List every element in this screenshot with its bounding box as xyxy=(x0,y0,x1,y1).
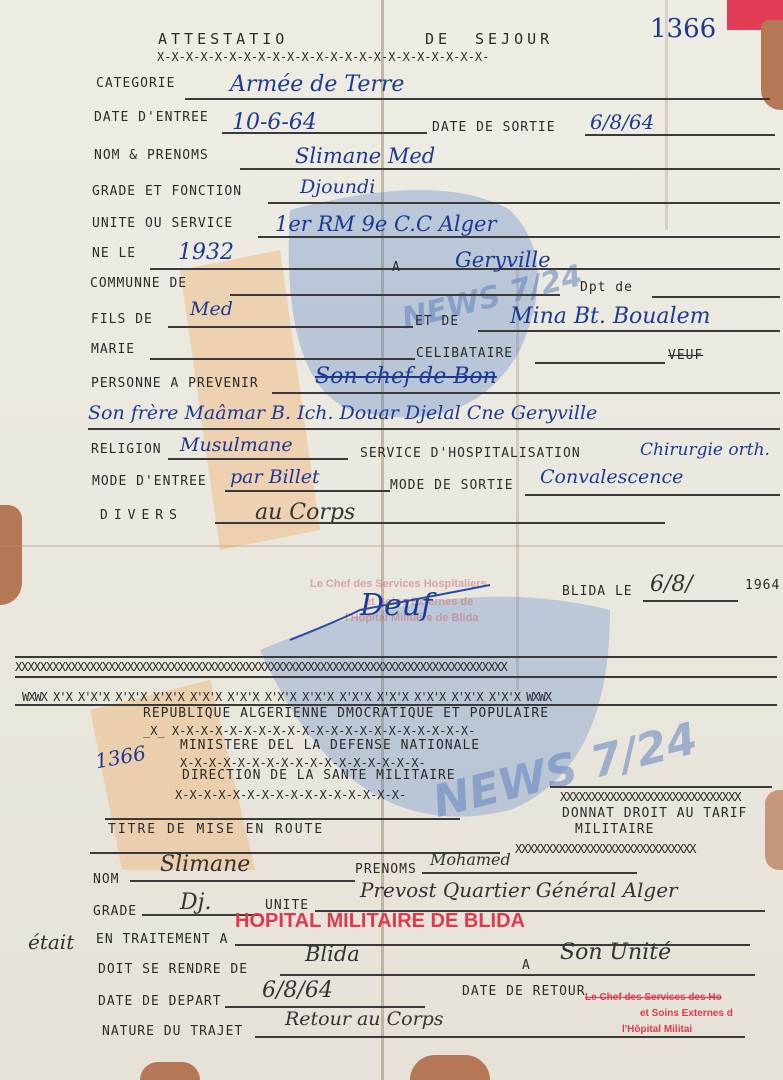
label-marie: MARIE xyxy=(91,342,135,357)
value-from: Blida xyxy=(305,942,360,966)
line-grade-fonction xyxy=(268,202,780,204)
line-nature-trajet xyxy=(255,1036,745,1038)
value-service-hosp: Chirurgie orth. xyxy=(640,440,770,460)
value-unite: Prevost Quartier Général Alger xyxy=(360,878,678,902)
label-ne-a: A xyxy=(392,260,401,275)
value-nom: Slimane xyxy=(160,852,250,877)
xx-border-2: WXWX X'X X'X'X X'X'X X'X'X X'X'X X'X'X X… xyxy=(22,690,777,704)
value-nature-trajet: Retour au Corps xyxy=(285,1008,444,1030)
value-mode-entree: par Billet xyxy=(230,466,320,488)
label-date-entree: DATE D'ENTREE xyxy=(94,110,209,125)
value-ne-le: 1932 xyxy=(178,240,234,265)
label-nom-prenoms: NOM & PRENOMS xyxy=(94,148,209,163)
line-celibataire xyxy=(535,362,665,364)
line-unite-service xyxy=(258,236,780,238)
republique-separator: _X_ X-X-X-X-X-X-X-X-X-X-X-X-X-X-X-X-X-X-… xyxy=(143,724,475,738)
line-religion xyxy=(168,458,348,460)
value-categorie: Armée de Terre xyxy=(230,72,404,97)
label-dpt: Dpt de xyxy=(580,280,633,295)
value-date-sortie: 6/8/64 xyxy=(590,110,654,134)
value-unite-service: 1er RM 9e C.C Alger xyxy=(275,212,496,236)
label-nature-trajet: NATURE DU TRAJET xyxy=(102,1024,243,1039)
label-prenoms: PRENOMS xyxy=(355,862,417,877)
mise-en-route-title: TITRE DE MISE EN ROUTE xyxy=(108,822,324,837)
value-fils-de: Med xyxy=(190,298,233,320)
line-categorie xyxy=(185,98,770,100)
label-mode-sortie: MODE DE SORTIE xyxy=(390,478,514,493)
line-mode-entree xyxy=(225,490,390,492)
border-line-1 xyxy=(15,656,777,658)
value-divers: au Corps xyxy=(255,500,355,525)
ref-number-top: 1366 xyxy=(650,14,716,44)
direction-line: DIRECTION DE LA SANTE MILITAIRE xyxy=(182,768,456,783)
label-personne-prevenir: PERSONNE A PREVENIR xyxy=(91,376,259,391)
ref-number-lower: 1366 xyxy=(93,741,147,773)
direction-separator: X-X-X-X-X-X-X-X-X-X-X-X-X-X-X-X- xyxy=(175,788,406,802)
republique-line: REPUBLIQUE ALGERIENNE DMOCRATIQUE ET POP… xyxy=(143,706,549,721)
line-blida-date xyxy=(643,600,738,602)
title-sejour: SEJOUR xyxy=(475,30,553,48)
label-blida-le: BLIDA LE xyxy=(562,584,633,599)
line-prenoms xyxy=(422,872,637,874)
red-stamp-line3: l'Hôpital Militai xyxy=(622,1024,692,1035)
tear-right-top xyxy=(761,20,783,110)
value-grade: Dj. xyxy=(180,890,211,915)
value-date-entree: 10-6-64 xyxy=(232,110,317,135)
tear-left xyxy=(0,505,22,605)
value-personne-prevenir-line2: Son frère Maâmar B. Ich. Douar Djelal Cn… xyxy=(88,402,597,424)
label-religion: RELIGION xyxy=(91,442,162,457)
value-ne-a: Geryville xyxy=(455,248,551,272)
line-nom xyxy=(130,880,355,882)
red-stamp-line1: Le Chef des Services des Ho xyxy=(585,992,722,1003)
value-nom-prenoms: Slimane Med xyxy=(295,144,435,168)
label-categorie: CATEGORIE xyxy=(96,76,175,91)
value-religion: Musulmane xyxy=(180,434,293,456)
label-service-hosp: SERVICE D'HOSPITALISATION xyxy=(360,446,581,461)
label-grade: GRADE xyxy=(93,904,137,919)
line-et-de xyxy=(478,330,780,332)
scanned-document: NEWS 7/24 NEWS 7/24 ATTESTATIO DE SEJOUR… xyxy=(0,0,783,1080)
line-doit-se-rendre xyxy=(280,974,755,976)
label-unite-service: UNITE OU SERVICE xyxy=(92,216,233,231)
tarif-box-border-top: XXXXXXXXXXXXXXXXXXXXXXXXXXXXX xyxy=(560,790,772,804)
value-blida-date: 6/8/ xyxy=(650,572,693,597)
red-stamp-line2: et Soins Externes d xyxy=(640,1008,733,1019)
label-date-sortie: DATE DE SORTIE xyxy=(432,120,556,135)
label-fils-de: FILS DE xyxy=(91,312,153,327)
line-commune xyxy=(230,294,560,296)
label-doit-se-rendre: DOIT SE RENDRE DE xyxy=(98,962,248,977)
label-ne-le: NE LE xyxy=(92,246,136,261)
value-to: Son Unité xyxy=(560,940,671,965)
line-personne-prevenir-2 xyxy=(88,428,780,430)
label-commune: COMMUNNE DE xyxy=(90,276,187,291)
signature-stroke-icon xyxy=(280,580,500,650)
xx-border-1: XXXXXXXXXXXXXXXXXXXXXXXXXXXXXXXXXXXXXXXX… xyxy=(15,660,777,674)
tear-bottom xyxy=(410,1055,490,1080)
tarif-box-top-line xyxy=(550,786,772,788)
value-et-de: Mina Bt. Boualem xyxy=(510,304,710,329)
value-prenoms: Mohamed xyxy=(430,850,511,869)
title-attestation: ATTESTATIO xyxy=(158,30,288,48)
fold-vertical-2 xyxy=(516,270,519,690)
value-mode-sortie: Convalescence xyxy=(540,466,683,488)
line-date-sortie xyxy=(585,134,775,136)
tarif-box-border-bottom: XXXXXXXXXXXXXXXXXXXXXXXXXXXXX xyxy=(515,842,770,856)
line-mode-sortie xyxy=(525,494,780,496)
title-de: DE xyxy=(425,30,451,48)
label-date-depart: DATE DE DEPART xyxy=(98,994,222,1009)
tear-bottom-left xyxy=(140,1062,200,1080)
label-date-retour: DATE DE RETOUR xyxy=(462,984,586,999)
label-nom: NOM xyxy=(93,872,119,887)
hopital-stamp: HOPITAL MILITAIRE DE BLIDA xyxy=(235,910,525,933)
label-celibataire: CELIBATAIRE xyxy=(416,346,513,361)
border-line-2 xyxy=(15,676,777,678)
label-a: A xyxy=(522,958,531,973)
mise-en-route-top-line xyxy=(105,818,460,820)
title-separator: X-X-X-X-X-X-X-X-X-X-X-X-X-X-X-X-X-X-X-X-… xyxy=(157,50,489,64)
label-et-de: ET DE xyxy=(415,314,459,329)
line-fils-de xyxy=(168,326,413,328)
tarif-box-line2: MILITAIRE xyxy=(575,822,654,837)
ministere-line: MINISTERE DEL LA DEFENSE NATIONALE xyxy=(180,738,480,753)
value-date-depart: 6/8/64 xyxy=(262,978,333,1003)
etait-note: était xyxy=(28,930,74,954)
fold-horizontal-1 xyxy=(0,545,783,547)
label-grade-fonction: GRADE ET FONCTION xyxy=(92,184,242,199)
value-personne-prevenir-struck: Son chef de Bon xyxy=(315,364,497,389)
line-nom-prenoms xyxy=(240,168,780,170)
line-personne-prevenir xyxy=(272,392,780,394)
label-en-traitement: EN TRAITEMENT A xyxy=(96,932,228,947)
label-divers: DIVERS xyxy=(100,508,183,523)
line-dpt xyxy=(652,296,780,298)
line-marie xyxy=(150,358,415,360)
label-mode-entree: MODE D'ENTREE xyxy=(92,474,207,489)
tarif-box-line1: DONNAT DROIT AU TARIF xyxy=(562,806,747,821)
label-veuf: VEUF xyxy=(668,348,703,363)
value-blida-year: 1964 xyxy=(745,578,780,593)
value-grade-fonction: Djoundi xyxy=(300,176,375,198)
